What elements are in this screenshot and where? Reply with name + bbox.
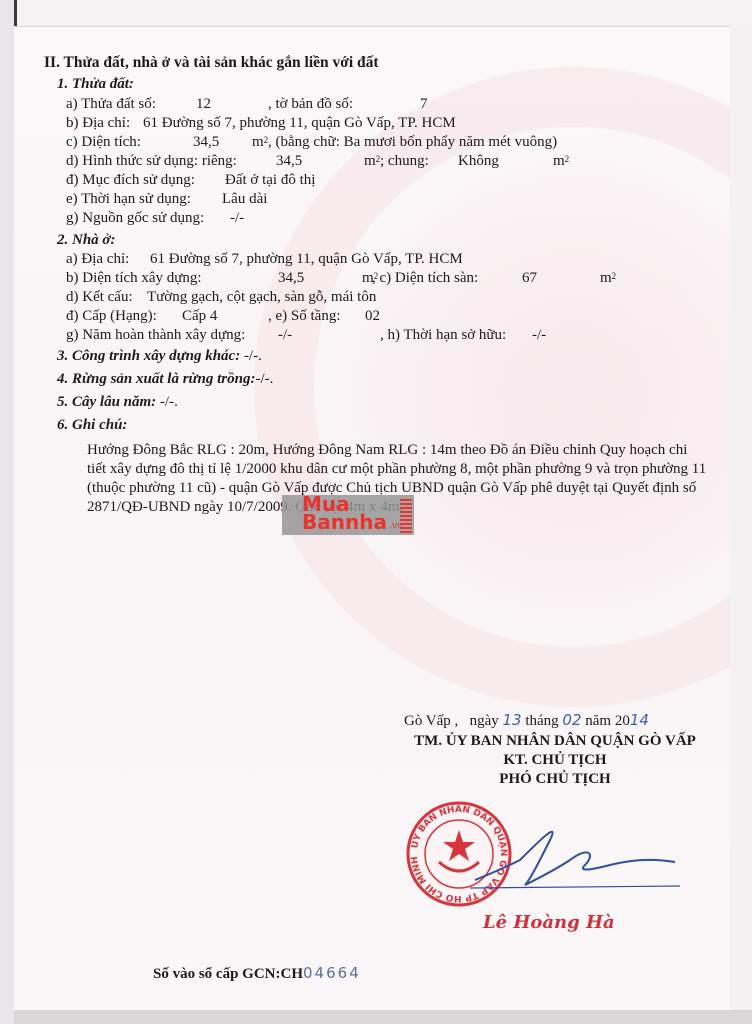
origin-value: -/- bbox=[230, 209, 244, 227]
map-no: 7 bbox=[420, 95, 428, 113]
watermark-logo-line2: Bannha bbox=[302, 511, 387, 533]
floors-label: , e) Số tầng: bbox=[268, 307, 341, 325]
signature-icon bbox=[470, 810, 680, 900]
unit-m: m bbox=[252, 134, 264, 150]
grade-label: đ) Cấp (Hạng): bbox=[66, 307, 157, 325]
section-title: II. Thửa đất, nhà ở và tài sản khác gắn … bbox=[44, 54, 379, 72]
unit-m: m bbox=[600, 270, 612, 286]
day-label: ngày bbox=[470, 713, 499, 729]
usage-shared-label: ; chung: bbox=[380, 152, 429, 170]
forest-value: -/-. bbox=[255, 371, 273, 387]
year-label: g) Năm hoàn thành xây dựng: bbox=[66, 326, 245, 344]
day-value: 13 bbox=[502, 711, 521, 729]
area-value: 34,5 bbox=[193, 133, 219, 151]
role-line2: PHÓ CHỦ TỊCH bbox=[380, 771, 730, 788]
perennial-value: -/-. bbox=[160, 394, 178, 410]
grade-value: Cấp 4 bbox=[182, 307, 217, 325]
house-address: 61 Đường số 7, phường 11, quận Gò Vấp, T… bbox=[150, 250, 463, 268]
perennial-label: 5. Cây lâu năm: bbox=[57, 394, 156, 410]
other-works-label: 3. Công trình xây dựng khác: bbox=[57, 348, 240, 364]
role-line1: KT. CHỦ TỊCH bbox=[380, 752, 730, 769]
area-words: , (bằng chữ: Ba mươi bốn phẩy năm mét vu… bbox=[268, 133, 557, 151]
usage-private-unit: m2 bbox=[364, 152, 380, 170]
term-label: e) Thời hạn sử dụng: bbox=[66, 190, 191, 208]
signer-name: Lê Hoàng Hà bbox=[483, 912, 615, 933]
perennial: 5. Cây lâu năm: -/-. bbox=[57, 393, 178, 411]
land-address-label: b) Địa chỉ: bbox=[66, 114, 130, 132]
parcel-no: 12 bbox=[196, 95, 211, 113]
building-icon bbox=[400, 497, 412, 533]
forest: 4. Rừng sản xuất là rừng trồng:-/-. bbox=[57, 370, 273, 388]
house-address-label: a) Địa chỉ: bbox=[66, 250, 129, 268]
year-label: năm 20 bbox=[585, 713, 630, 729]
watermark-logo: Mua Bannha .vn bbox=[282, 495, 414, 535]
floor-area-value: 67 bbox=[522, 269, 537, 287]
month-label: tháng bbox=[525, 713, 558, 729]
usage-shared-unit: m2 bbox=[553, 152, 569, 170]
forest-label: 4. Rừng sản xuất là rừng trồng: bbox=[57, 371, 255, 387]
land-address: 61 Đường số 7, phường 11, quận Gò Vấp, T… bbox=[143, 114, 456, 132]
place: Gò Vấp , bbox=[404, 713, 458, 729]
scan-bottom-edge bbox=[14, 1010, 752, 1024]
authority: TM. ỦY BAN NHÂN DÂN QUẬN GÒ VẤP bbox=[380, 733, 730, 750]
parcel-label: a) Thửa đất số: bbox=[66, 95, 156, 113]
other-works-value: -/-. bbox=[244, 348, 262, 364]
unit-m: m bbox=[364, 153, 376, 169]
build-area-value: 34,5 bbox=[278, 269, 304, 287]
purpose-value: Đất ở tại đô thị bbox=[225, 171, 315, 189]
notes-heading: 6. Ghi chú: bbox=[57, 416, 127, 434]
usage-label: d) Hình thức sử dụng: riêng: bbox=[66, 152, 237, 170]
year-suffix: 14 bbox=[630, 711, 649, 729]
map-label: , tờ bản đồ số: bbox=[268, 95, 353, 113]
ownership-value: -/- bbox=[532, 326, 546, 344]
structure-label: d) Kết cấu: bbox=[66, 288, 133, 306]
usage-shared: Không bbox=[458, 152, 499, 170]
floors-value: 02 bbox=[365, 307, 380, 325]
floor-area-label: , c) Diện tích sàn: bbox=[372, 269, 478, 287]
year-value: -/- bbox=[278, 326, 292, 344]
term-value: Lâu dài bbox=[222, 190, 267, 208]
land-heading: 1. Thửa đất: bbox=[57, 75, 134, 93]
area-unit: m2 bbox=[252, 133, 268, 151]
area-label: c) Diện tích: bbox=[66, 133, 141, 151]
month-value: 02 bbox=[562, 711, 581, 729]
purpose-label: đ) Mục đích sử dụng: bbox=[66, 171, 195, 189]
unit-m: m bbox=[553, 153, 565, 169]
registry-line: Số vào sổ cấp GCN:CH04664 bbox=[153, 964, 361, 983]
house-heading: 2. Nhà ở: bbox=[57, 231, 115, 249]
registry-label: Số vào sổ cấp GCN:CH bbox=[153, 966, 303, 982]
date-line: Gò Vấp , ngày 13 tháng 02 năm 2014 bbox=[404, 711, 649, 730]
origin-label: g) Nguồn gốc sử dụng: bbox=[66, 209, 204, 227]
floor-area-unit: m2 bbox=[600, 269, 616, 287]
scan-right-edge bbox=[730, 26, 752, 1016]
build-area-label: b) Diện tích xây dựng: bbox=[66, 269, 202, 287]
structure-value: Tường gạch, cột gạch, sàn gỗ, mái tôn bbox=[147, 288, 376, 306]
registry-number: 04664 bbox=[303, 964, 361, 982]
usage-private: 34,5 bbox=[276, 152, 302, 170]
ownership-label: , h) Thời hạn sở hữu: bbox=[380, 326, 506, 344]
other-works: 3. Công trình xây dựng khác: -/-. bbox=[57, 347, 262, 365]
